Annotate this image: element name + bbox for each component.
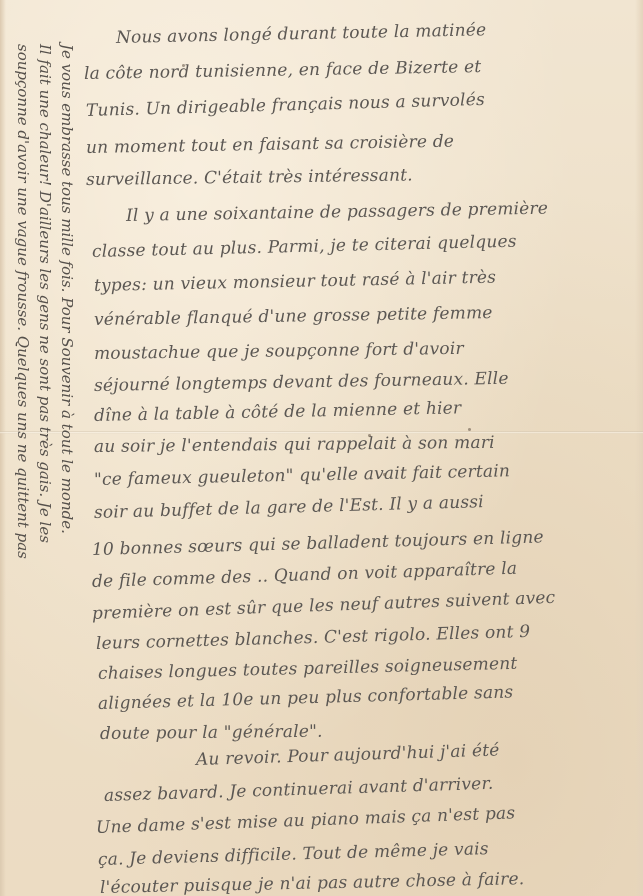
margin-line: Je vous embrasse tous mille fois. Pour S…	[58, 44, 76, 534]
margin-line: soupçonne d'avoir une vague frousse. Que…	[14, 44, 32, 559]
letter-line: Il y a une soixantaine de passagers de p…	[126, 199, 548, 226]
letter-line: de file comme des .. Quand on voit appar…	[92, 559, 518, 592]
letter-line: Au revoir. Pour aujourd'hui j'ai été	[196, 740, 500, 770]
letter-line: ça. Je deviens difficile. Tout de même j…	[98, 839, 489, 870]
letter-line: au soir je l'entendais qui rappelait à s…	[94, 433, 495, 457]
letter-line: doute pour la "générale".	[100, 722, 323, 744]
letter-page: Nous avons longé durant toute la matinée…	[0, 0, 643, 896]
letter-line: alignées et la 10e un peu plus confortab…	[98, 682, 514, 714]
letter-line: Tunis. Un dirigeable français nous a sur…	[86, 90, 485, 121]
letter-line: assez bavard. Je continuerai avant d'arr…	[104, 774, 494, 806]
letter-line: séjourné longtemps devant des fourneaux.…	[94, 369, 509, 396]
letter-line: chaises longues toutes pareilles soigneu…	[98, 654, 518, 684]
margin-line: Il fait une chaleur! D'ailleurs les gens…	[36, 44, 54, 543]
letter-line: Une dame s'est mise au piano mais ça n'e…	[96, 803, 516, 838]
letter-line: "ce fameux gueuleton" qu'elle avait fait…	[94, 461, 510, 490]
paper-speck	[368, 434, 371, 437]
letter-line: l'écouter puisque je n'ai pas autre chos…	[100, 869, 525, 896]
letter-line: première on est sûr que les neuf autres …	[92, 588, 556, 624]
letter-line: la côte nord tunisienne, en face de Bize…	[84, 57, 482, 84]
letter-line: un moment tout en faisant sa croisière d…	[86, 132, 454, 158]
letter-line: classe tout au plus. Parmi, je te citera…	[92, 232, 517, 262]
paper-speck	[182, 64, 185, 67]
letter-body: Nous avons longé durant toute la matinée…	[0, 0, 643, 896]
letter-line: Nous avons longé durant toute la matinée	[116, 20, 487, 48]
paper-speck	[383, 473, 386, 476]
letter-line: 10 bonnes sœurs qui se balladent toujour…	[92, 527, 544, 560]
letter-line: types: un vieux monsieur tout rasé à l'a…	[94, 268, 497, 296]
letter-line: surveillance. C'était très intéressant.	[86, 165, 413, 190]
letter-line: dîne à la table à côté de la mienne et h…	[94, 398, 462, 426]
letter-line: soir au buffet de la gare de l'Est. Il y…	[94, 492, 484, 523]
paper-speck	[468, 428, 471, 431]
letter-line: moustachue que je soupçonne fort d'avoir	[94, 339, 464, 364]
letter-line: vénérable flanqué d'une grosse petite fe…	[94, 303, 493, 330]
letter-line: leurs cornettes blanches. C'est rigolo. …	[96, 622, 531, 654]
